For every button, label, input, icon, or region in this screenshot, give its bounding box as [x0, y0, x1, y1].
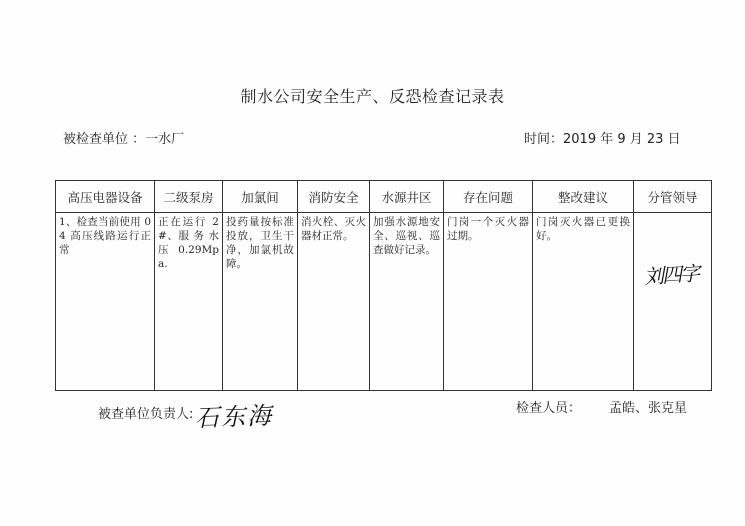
header-water-source-well-area: 水源井区 [370, 181, 444, 213]
cell-water-source-well-area: 加强水源地安全、巡视、巡查做好记录。 [370, 213, 444, 391]
cell-fire-safety: 消火栓、灭火器材正常。 [298, 213, 370, 391]
header-responsible-leader: 分管领导 [634, 181, 712, 213]
cell-responsible-leader: 刘四字 [634, 213, 712, 391]
header-fire-safety: 消防安全 [298, 181, 370, 213]
date-value: 2019 年 9 月 23 日 [563, 132, 681, 147]
header-secondary-pump-room: 二级泵房 [155, 181, 223, 213]
inspected-unit: 被检查单位 ：一水厂 [63, 128, 184, 147]
inspection-table: 高压电器设备 二级泵房 加氯间 消防安全 水源井区 存在问题 整改建议 分管领导… [55, 180, 712, 391]
responsible-label: 被查单位负责人: [98, 403, 193, 422]
inspectors-names: 孟皓、张克星 [609, 401, 687, 416]
responsible-person: 被查单位负责人: 石东海 [98, 395, 273, 430]
leader-signature: 刘四字 [644, 266, 699, 284]
inspectors: 检查人员：孟皓、张克星 [516, 397, 687, 416]
header-high-voltage-equipment: 高压电器设备 [56, 181, 155, 213]
document-title: 制水公司安全生产、反恐检查记录表 [0, 84, 745, 107]
inspected-unit-value: 一水厂 [145, 132, 184, 147]
header-rectification-suggestions: 整改建议 [533, 181, 634, 213]
cell-secondary-pump-room: 正在运行 2#、服 务 水 压 0.29Mpa. [155, 213, 223, 391]
header-chlorination-room: 加氯间 [223, 181, 298, 213]
inspection-date: 时间：2019 年 9 月 23 日 [524, 128, 681, 147]
cell-rectification-suggestions: 门岗灭火器已更换好。 [533, 213, 634, 391]
cell-high-voltage-equipment: 1、检查当前使用 04 高压线路运行正常 [56, 213, 155, 391]
cell-existing-problems: 门岗一个灭火器过期。 [444, 213, 533, 391]
cell-chlorination-room: 投药量按标准投放，卫生干净，加氯机故障。 [223, 213, 298, 391]
header-existing-problems: 存在问题 [444, 181, 533, 213]
inspectors-label: 检查人员： [516, 401, 581, 416]
table-header-row: 高压电器设备 二级泵房 加氯间 消防安全 水源井区 存在问题 整改建议 分管领导 [56, 181, 712, 213]
inspection-record-page: 制水公司安全生产、反恐检查记录表 被检查单位 ：一水厂 时间：2019 年 9 … [0, 0, 745, 526]
inspected-unit-label: 被检查单位 ： [63, 132, 145, 147]
responsible-signature: 石东海 [195, 396, 274, 434]
date-label: 时间： [524, 132, 563, 147]
table-row: 1、检查当前使用 04 高压线路运行正常 正在运行 2#、服 务 水 压 0.2… [56, 213, 712, 391]
